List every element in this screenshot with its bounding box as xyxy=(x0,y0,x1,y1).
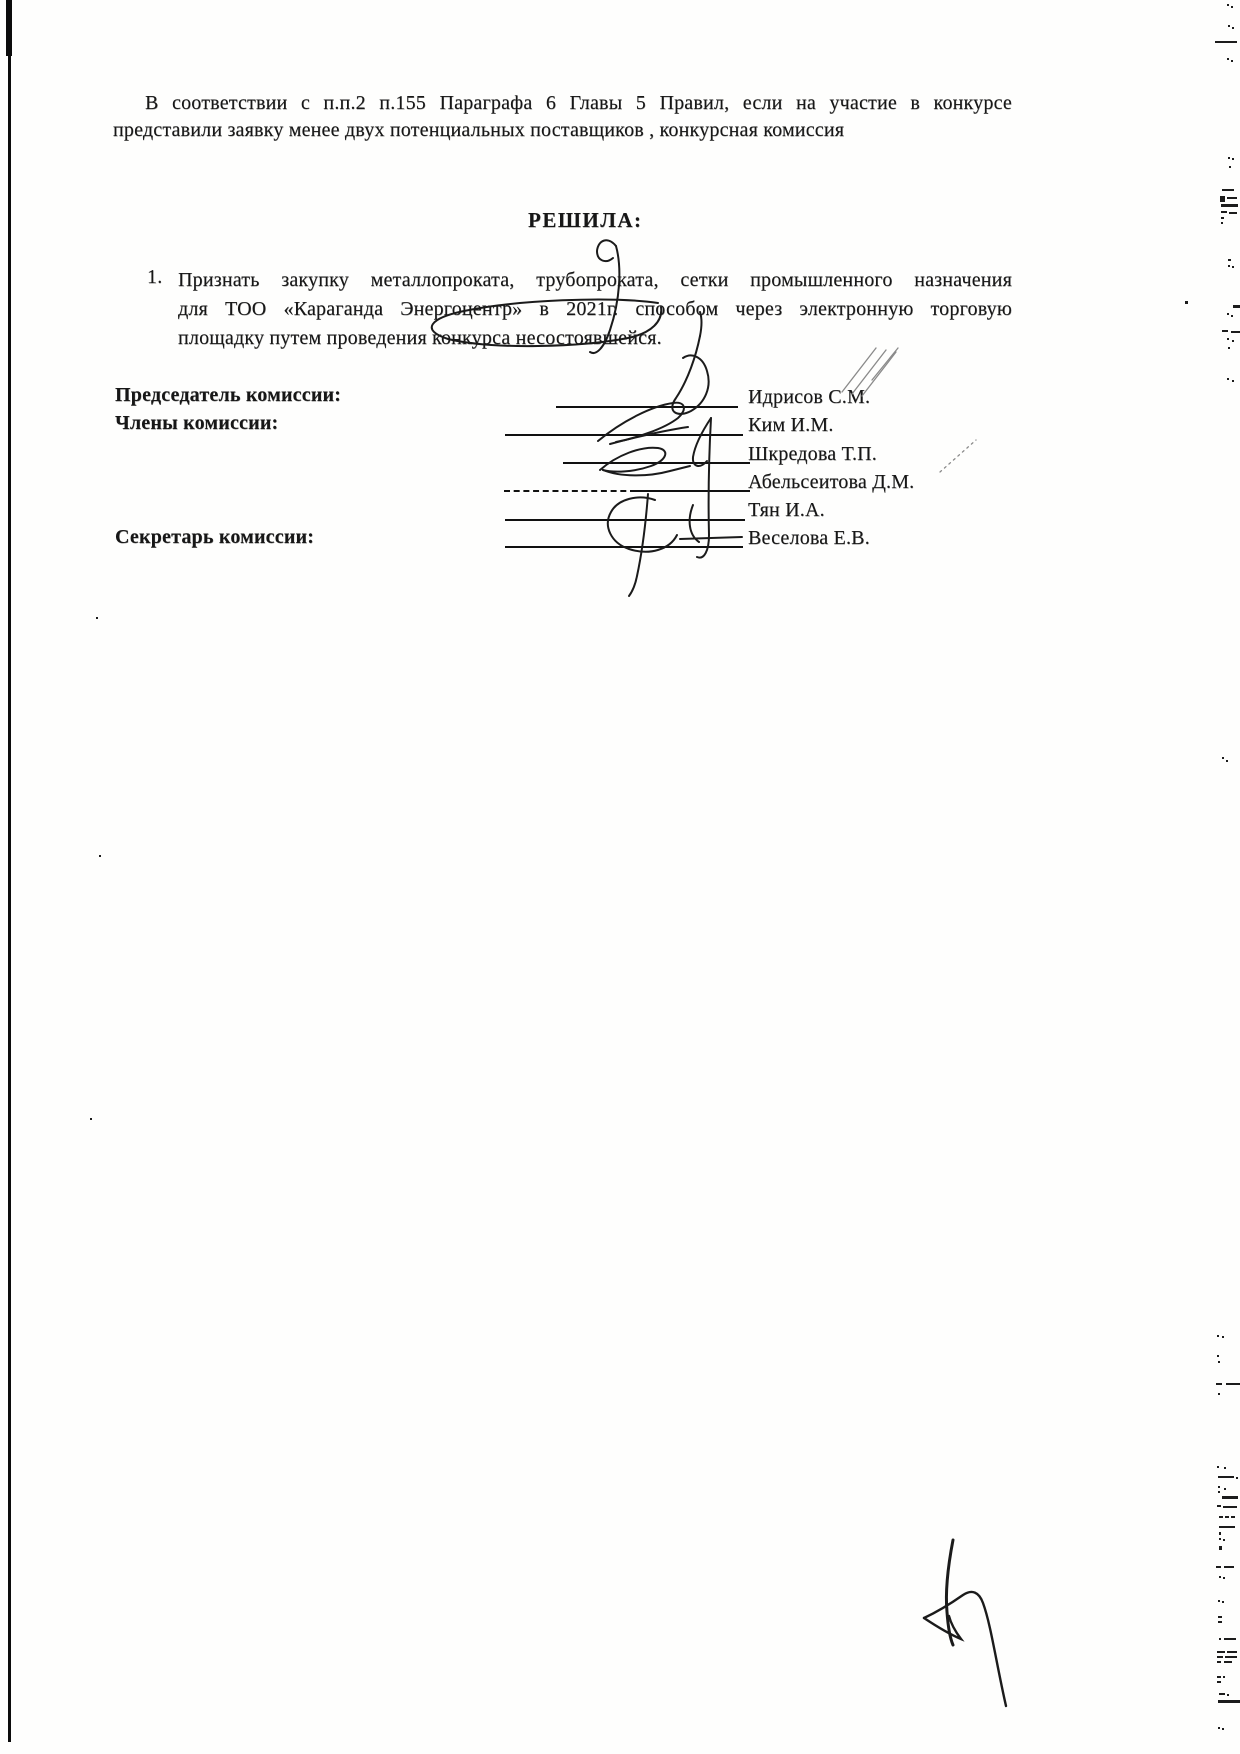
signatory-name: Шкредова Т.П. xyxy=(748,443,877,466)
scan-speck xyxy=(1217,1656,1223,1658)
scan-speck xyxy=(1217,1651,1225,1653)
scan-speck xyxy=(1219,1532,1221,1535)
signature-line-2 xyxy=(505,434,743,436)
scan-speck xyxy=(1217,1505,1221,1507)
intro-line-2: представили заявку менее двух потенциаль… xyxy=(113,117,1012,144)
scan-speck xyxy=(1221,222,1223,224)
scan-speck xyxy=(1224,1638,1236,1640)
scan-speck xyxy=(1219,1576,1221,1578)
scan-speck xyxy=(1185,301,1188,304)
secretary-label: Секретарь комиссии: xyxy=(115,526,314,549)
scan-speck xyxy=(1222,330,1228,332)
signature-stroke xyxy=(693,418,711,466)
scan-speck xyxy=(1221,204,1238,207)
scan-speck xyxy=(1216,1383,1222,1385)
scan-speck xyxy=(1218,1600,1220,1602)
scan-speck xyxy=(1225,1656,1237,1658)
signature-stroke xyxy=(680,537,742,539)
scan-speck xyxy=(1232,266,1234,268)
signature-stroke xyxy=(600,448,665,472)
scan-speck xyxy=(1219,1538,1221,1540)
signature-stroke xyxy=(608,497,677,551)
scan-speck xyxy=(1231,1516,1235,1518)
scan-speck xyxy=(1218,1616,1222,1618)
intro-paragraph: В соответствии с п.п.2 п.155 Параграфа 6… xyxy=(113,90,1012,144)
scan-speck xyxy=(1217,1681,1221,1683)
scan-speck xyxy=(1227,378,1229,380)
signature-stroke xyxy=(946,1540,953,1645)
signatory-name: Тян И.А. xyxy=(748,499,825,522)
scan-speck xyxy=(1224,1467,1226,1469)
scan-speck xyxy=(1226,760,1228,762)
scan-speck xyxy=(1225,1516,1229,1518)
signature-line-6 xyxy=(505,546,743,548)
scan-speck xyxy=(1232,158,1234,160)
scan-speck xyxy=(1229,212,1237,214)
scan-speck xyxy=(1221,217,1224,219)
signatory-name: Веселова Е.В. xyxy=(748,527,870,550)
signature-line-4 xyxy=(636,490,750,492)
members-label: Члены комиссии: xyxy=(115,412,278,435)
scan-speck xyxy=(1231,331,1240,333)
signatory-name: Ким И.М. xyxy=(748,414,834,437)
scan-speck xyxy=(1228,259,1231,261)
scan-speck xyxy=(1232,27,1234,29)
signature-stroke xyxy=(598,403,684,442)
scan-speck xyxy=(1227,338,1229,340)
signature-stroke xyxy=(603,466,690,475)
scan-speck xyxy=(1227,197,1237,199)
scan-speck xyxy=(1219,1693,1225,1695)
scan-speck xyxy=(1218,1727,1220,1729)
scan-speck xyxy=(1232,340,1234,342)
signature-line-3 xyxy=(563,462,750,464)
scan-speck xyxy=(1222,1601,1224,1603)
handwritten-signatures xyxy=(0,0,1240,1754)
scan-speck xyxy=(1219,1516,1223,1518)
scan-speck xyxy=(1216,1566,1221,1568)
left-scan-edge-line xyxy=(8,0,11,1742)
scan-speck xyxy=(1231,60,1233,62)
scan-speck xyxy=(1231,315,1233,317)
scan-speck xyxy=(1226,1383,1240,1385)
chairman-label: Председатель комиссии: xyxy=(115,384,341,407)
signature-stroke xyxy=(629,494,648,596)
scan-speck xyxy=(1223,1506,1237,1508)
scan-speck xyxy=(1219,1546,1222,1550)
item-line-2: для ТОО «Караганда Энергоцентр» в 2021г.… xyxy=(178,295,1012,324)
signature-stroke xyxy=(924,1592,1006,1706)
scan-speck xyxy=(1227,1651,1237,1653)
scan-speck xyxy=(1224,1661,1232,1663)
scan-speck xyxy=(1222,1728,1224,1730)
decision-heading: РЕШИЛА: xyxy=(528,208,643,233)
scan-speck xyxy=(1232,380,1234,382)
scan-speck xyxy=(1217,1661,1221,1663)
scan-speck xyxy=(1222,757,1224,759)
scan-speck xyxy=(1228,25,1230,27)
scan-speck xyxy=(1218,1621,1222,1623)
scan-speck xyxy=(1229,166,1231,168)
scan-speck xyxy=(1233,305,1240,308)
scan-speck xyxy=(1219,1526,1235,1528)
scan-speck xyxy=(1219,1638,1221,1640)
signature-stroke xyxy=(924,1616,961,1639)
scanned-document-page: В соответствии с п.п.2 п.155 Параграфа 6… xyxy=(0,0,1240,1754)
scan-speck xyxy=(1221,211,1227,213)
scan-speck xyxy=(1217,1335,1219,1337)
pen-tick xyxy=(940,440,976,472)
scan-speck xyxy=(1217,1676,1221,1678)
scan-speck xyxy=(1227,4,1229,6)
scan-speck xyxy=(1231,6,1233,8)
scan-speck xyxy=(1218,1476,1234,1478)
signature-line-1 xyxy=(556,406,738,408)
scan-speck xyxy=(1224,1488,1226,1490)
scan-speck xyxy=(1223,1676,1225,1678)
scan-speck xyxy=(1223,1577,1225,1579)
scan-speck xyxy=(1227,58,1229,60)
signature-stroke xyxy=(690,505,699,542)
left-scan-edge-blob xyxy=(6,0,12,56)
signature-stroke xyxy=(597,240,616,261)
scan-speck xyxy=(1228,347,1230,349)
item-line-1: Признать закупку металлопроката, трубопр… xyxy=(178,266,1012,295)
list-item-number: 1. xyxy=(147,266,162,289)
scan-speck xyxy=(1222,1336,1224,1338)
scan-speck xyxy=(90,1118,92,1120)
scan-speck xyxy=(1223,1539,1225,1541)
scan-speck xyxy=(1220,196,1225,202)
scan-speck xyxy=(1236,1477,1238,1479)
item-line-3: площадку путем проведения конкурса несос… xyxy=(178,324,1012,353)
scan-speck xyxy=(1218,1486,1220,1488)
scan-speck xyxy=(1224,1566,1234,1568)
scan-speck xyxy=(1218,1700,1240,1703)
scan-speck xyxy=(1227,313,1229,315)
scan-speck xyxy=(1222,1496,1238,1499)
signature-stroke xyxy=(697,418,711,558)
scan-speck xyxy=(1218,1393,1220,1395)
scan-speck xyxy=(1217,1466,1219,1468)
scan-speck xyxy=(1222,189,1234,191)
signature-line-5 xyxy=(505,519,745,521)
scan-speck xyxy=(1227,1694,1229,1696)
signature-line-4-dotted xyxy=(504,490,636,492)
scan-speck xyxy=(99,855,101,857)
scan-speck xyxy=(1218,1491,1220,1493)
scan-speck xyxy=(1218,1361,1220,1363)
intro-line-1: В соответствии с п.п.2 п.155 Параграфа 6… xyxy=(113,90,1012,117)
list-item-1: Признать закупку металлопроката, трубопр… xyxy=(178,266,1012,353)
signatory-name: Абельсеитова Д.М. xyxy=(748,471,914,494)
scan-speck xyxy=(96,617,98,619)
signatory-name: Идрисов С.М. xyxy=(748,386,870,409)
scan-speck xyxy=(1228,157,1230,159)
scan-speck xyxy=(1215,41,1237,43)
scan-speck xyxy=(1228,265,1230,267)
scan-speck xyxy=(1217,1355,1219,1357)
